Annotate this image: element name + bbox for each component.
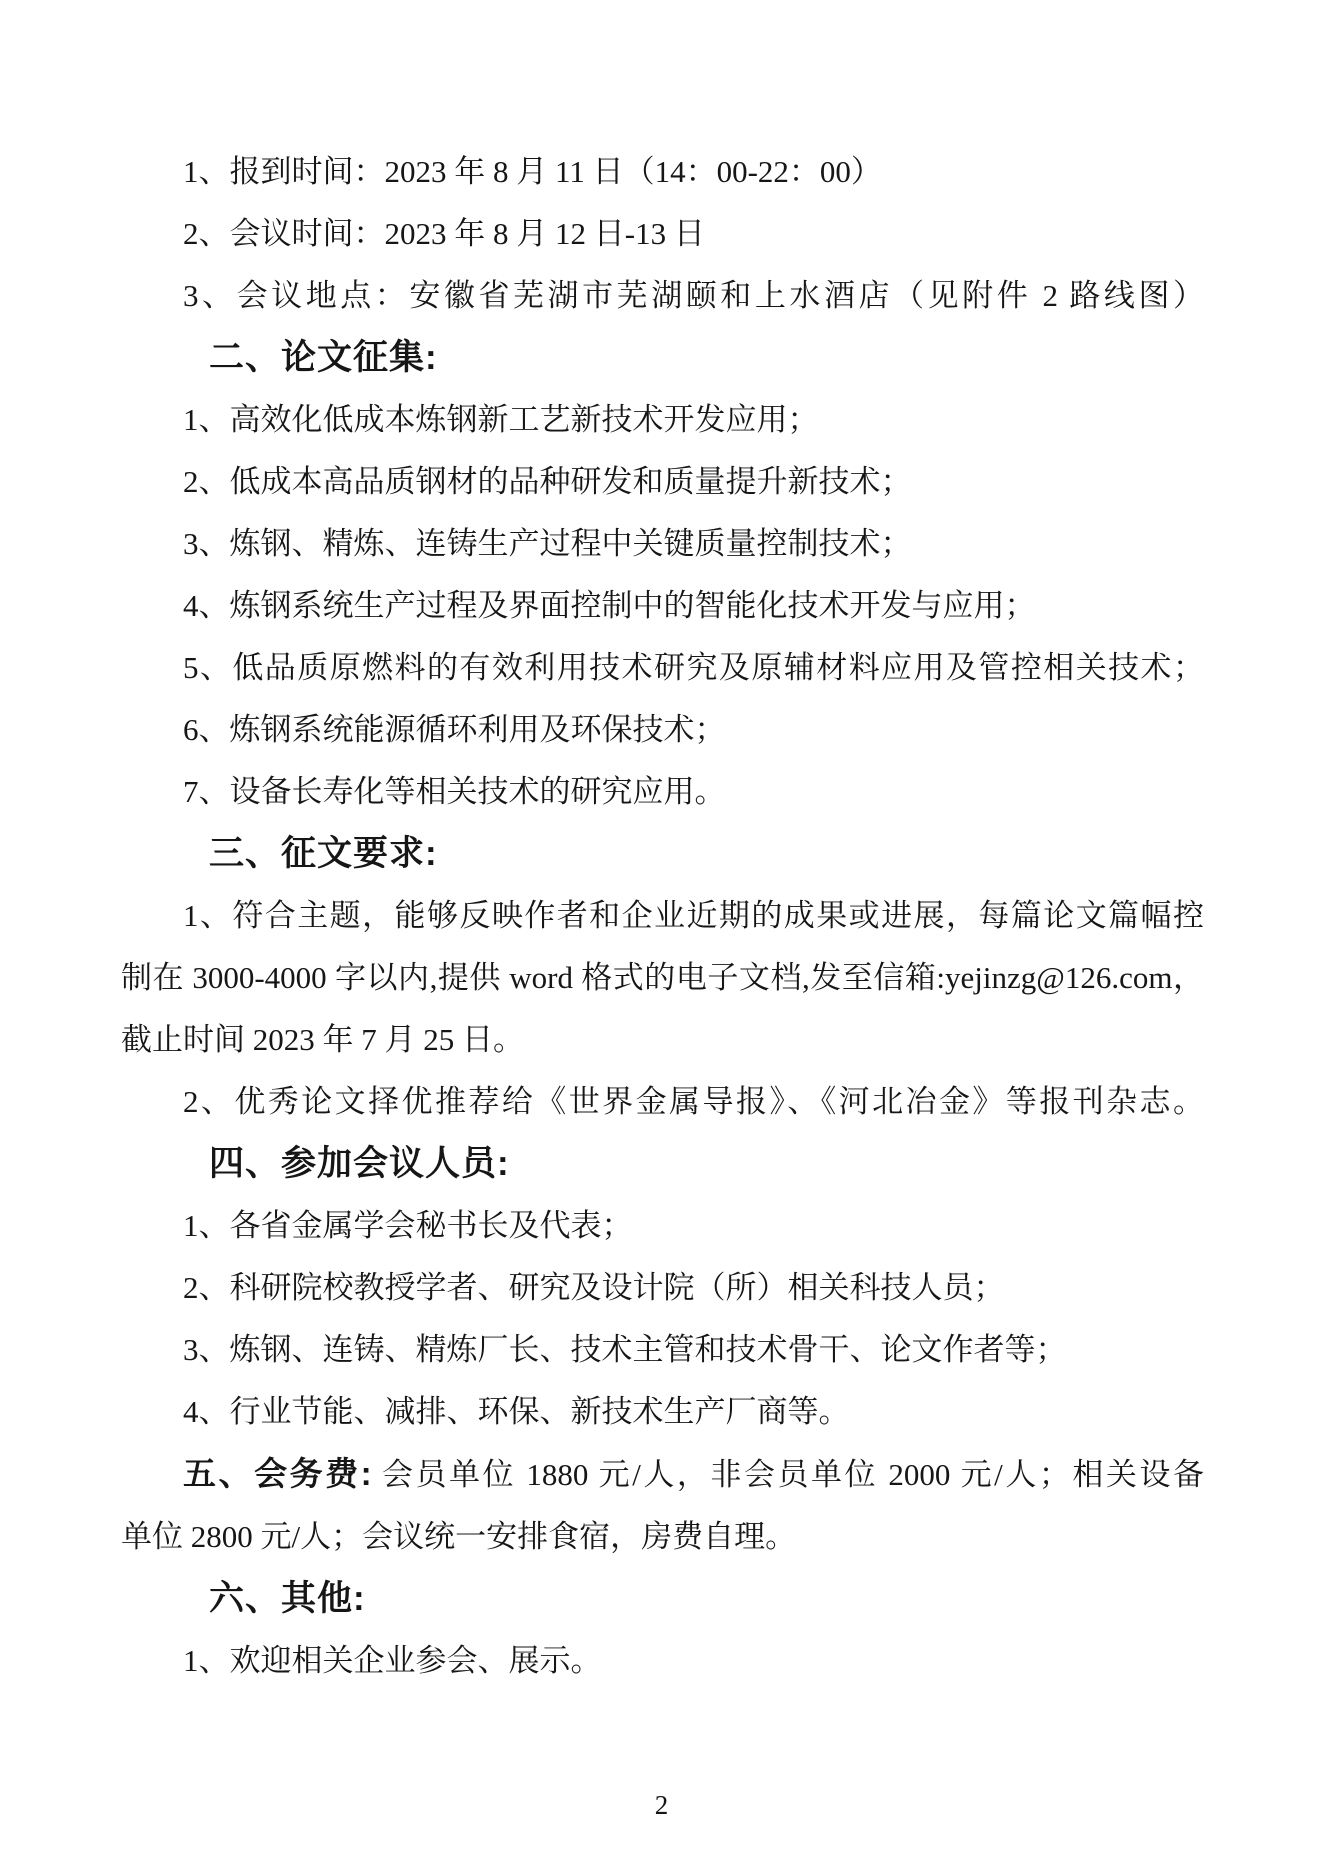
body-line: 2、科研院校教授学者、研究及设计院（所）相关科技人员； xyxy=(121,1257,1204,1319)
body-line: 1、报到时间：2023 年 8 月 11 日（14：00-22：00） xyxy=(121,141,1204,203)
body-line: 五、会务费: 会员单位 1880 元/人，非会员单位 2000 元/人；相关设备 xyxy=(121,1443,1204,1506)
document-body: 1、报到时间：2023 年 8 月 11 日（14：00-22：00）2、会议时… xyxy=(121,141,1204,1692)
inline-section-heading: 五、会务费: xyxy=(183,1455,372,1492)
body-line: 3、炼钢、精炼、连铸生产过程中关键质量控制技术； xyxy=(121,513,1204,575)
section-heading: 四、参加会议人员: xyxy=(121,1133,1204,1195)
body-line: 6、炼钢系统能源循环利用及环保技术； xyxy=(121,699,1204,761)
body-line: 2、低成本高品质钢材的品种研发和质量提升新技术； xyxy=(121,451,1204,513)
body-line: 截止时间 2023 年 7 月 25 日。 xyxy=(121,1009,1204,1071)
body-line: 1、欢迎相关企业参会、展示。 xyxy=(121,1630,1204,1692)
page-number: 2 xyxy=(0,1790,1323,1821)
body-line: 1、高效化低成本炼钢新工艺新技术开发应用； xyxy=(121,389,1204,451)
body-line: 7、设备长寿化等相关技术的研究应用。 xyxy=(121,761,1204,823)
body-line: 5、低品质原燃料的有效利用技术研究及原辅材料应用及管控相关技术； xyxy=(121,637,1204,699)
body-line: 3、会议地点：安徽省芜湖市芜湖颐和上水酒店（见附件 2 路线图） xyxy=(121,265,1204,327)
body-line: 3、炼钢、连铸、精炼厂长、技术主管和技术骨干、论文作者等； xyxy=(121,1319,1204,1381)
body-line: 1、各省金属学会秘书长及代表； xyxy=(121,1195,1204,1257)
section-heading: 三、征文要求: xyxy=(121,823,1204,885)
section-heading: 二、论文征集: xyxy=(121,327,1204,389)
body-line: 1、符合主题，能够反映作者和企业近期的成果或进展，每篇论文篇幅控 xyxy=(121,885,1204,947)
body-line: 4、炼钢系统生产过程及界面控制中的智能化技术开发与应用； xyxy=(121,575,1204,637)
body-line: 2、优秀论文择优推荐给《世界金属导报》、《河北冶金》等报刊杂志。 xyxy=(121,1071,1204,1133)
body-line: 4、行业节能、减排、环保、新技术生产厂商等。 xyxy=(121,1381,1204,1443)
body-line: 单位 2800 元/人；会议统一安排食宿，房费自理。 xyxy=(121,1506,1204,1568)
body-line: 2、会议时间：2023 年 8 月 12 日-13 日 xyxy=(121,203,1204,265)
document-page: 1、报到时间：2023 年 8 月 11 日（14：00-22：00）2、会议时… xyxy=(0,0,1323,1871)
body-line: 制在 3000-4000 字以内,提供 word 格式的电子文档,发至信箱:ye… xyxy=(121,947,1204,1009)
section-heading: 六、其他: xyxy=(121,1568,1204,1630)
